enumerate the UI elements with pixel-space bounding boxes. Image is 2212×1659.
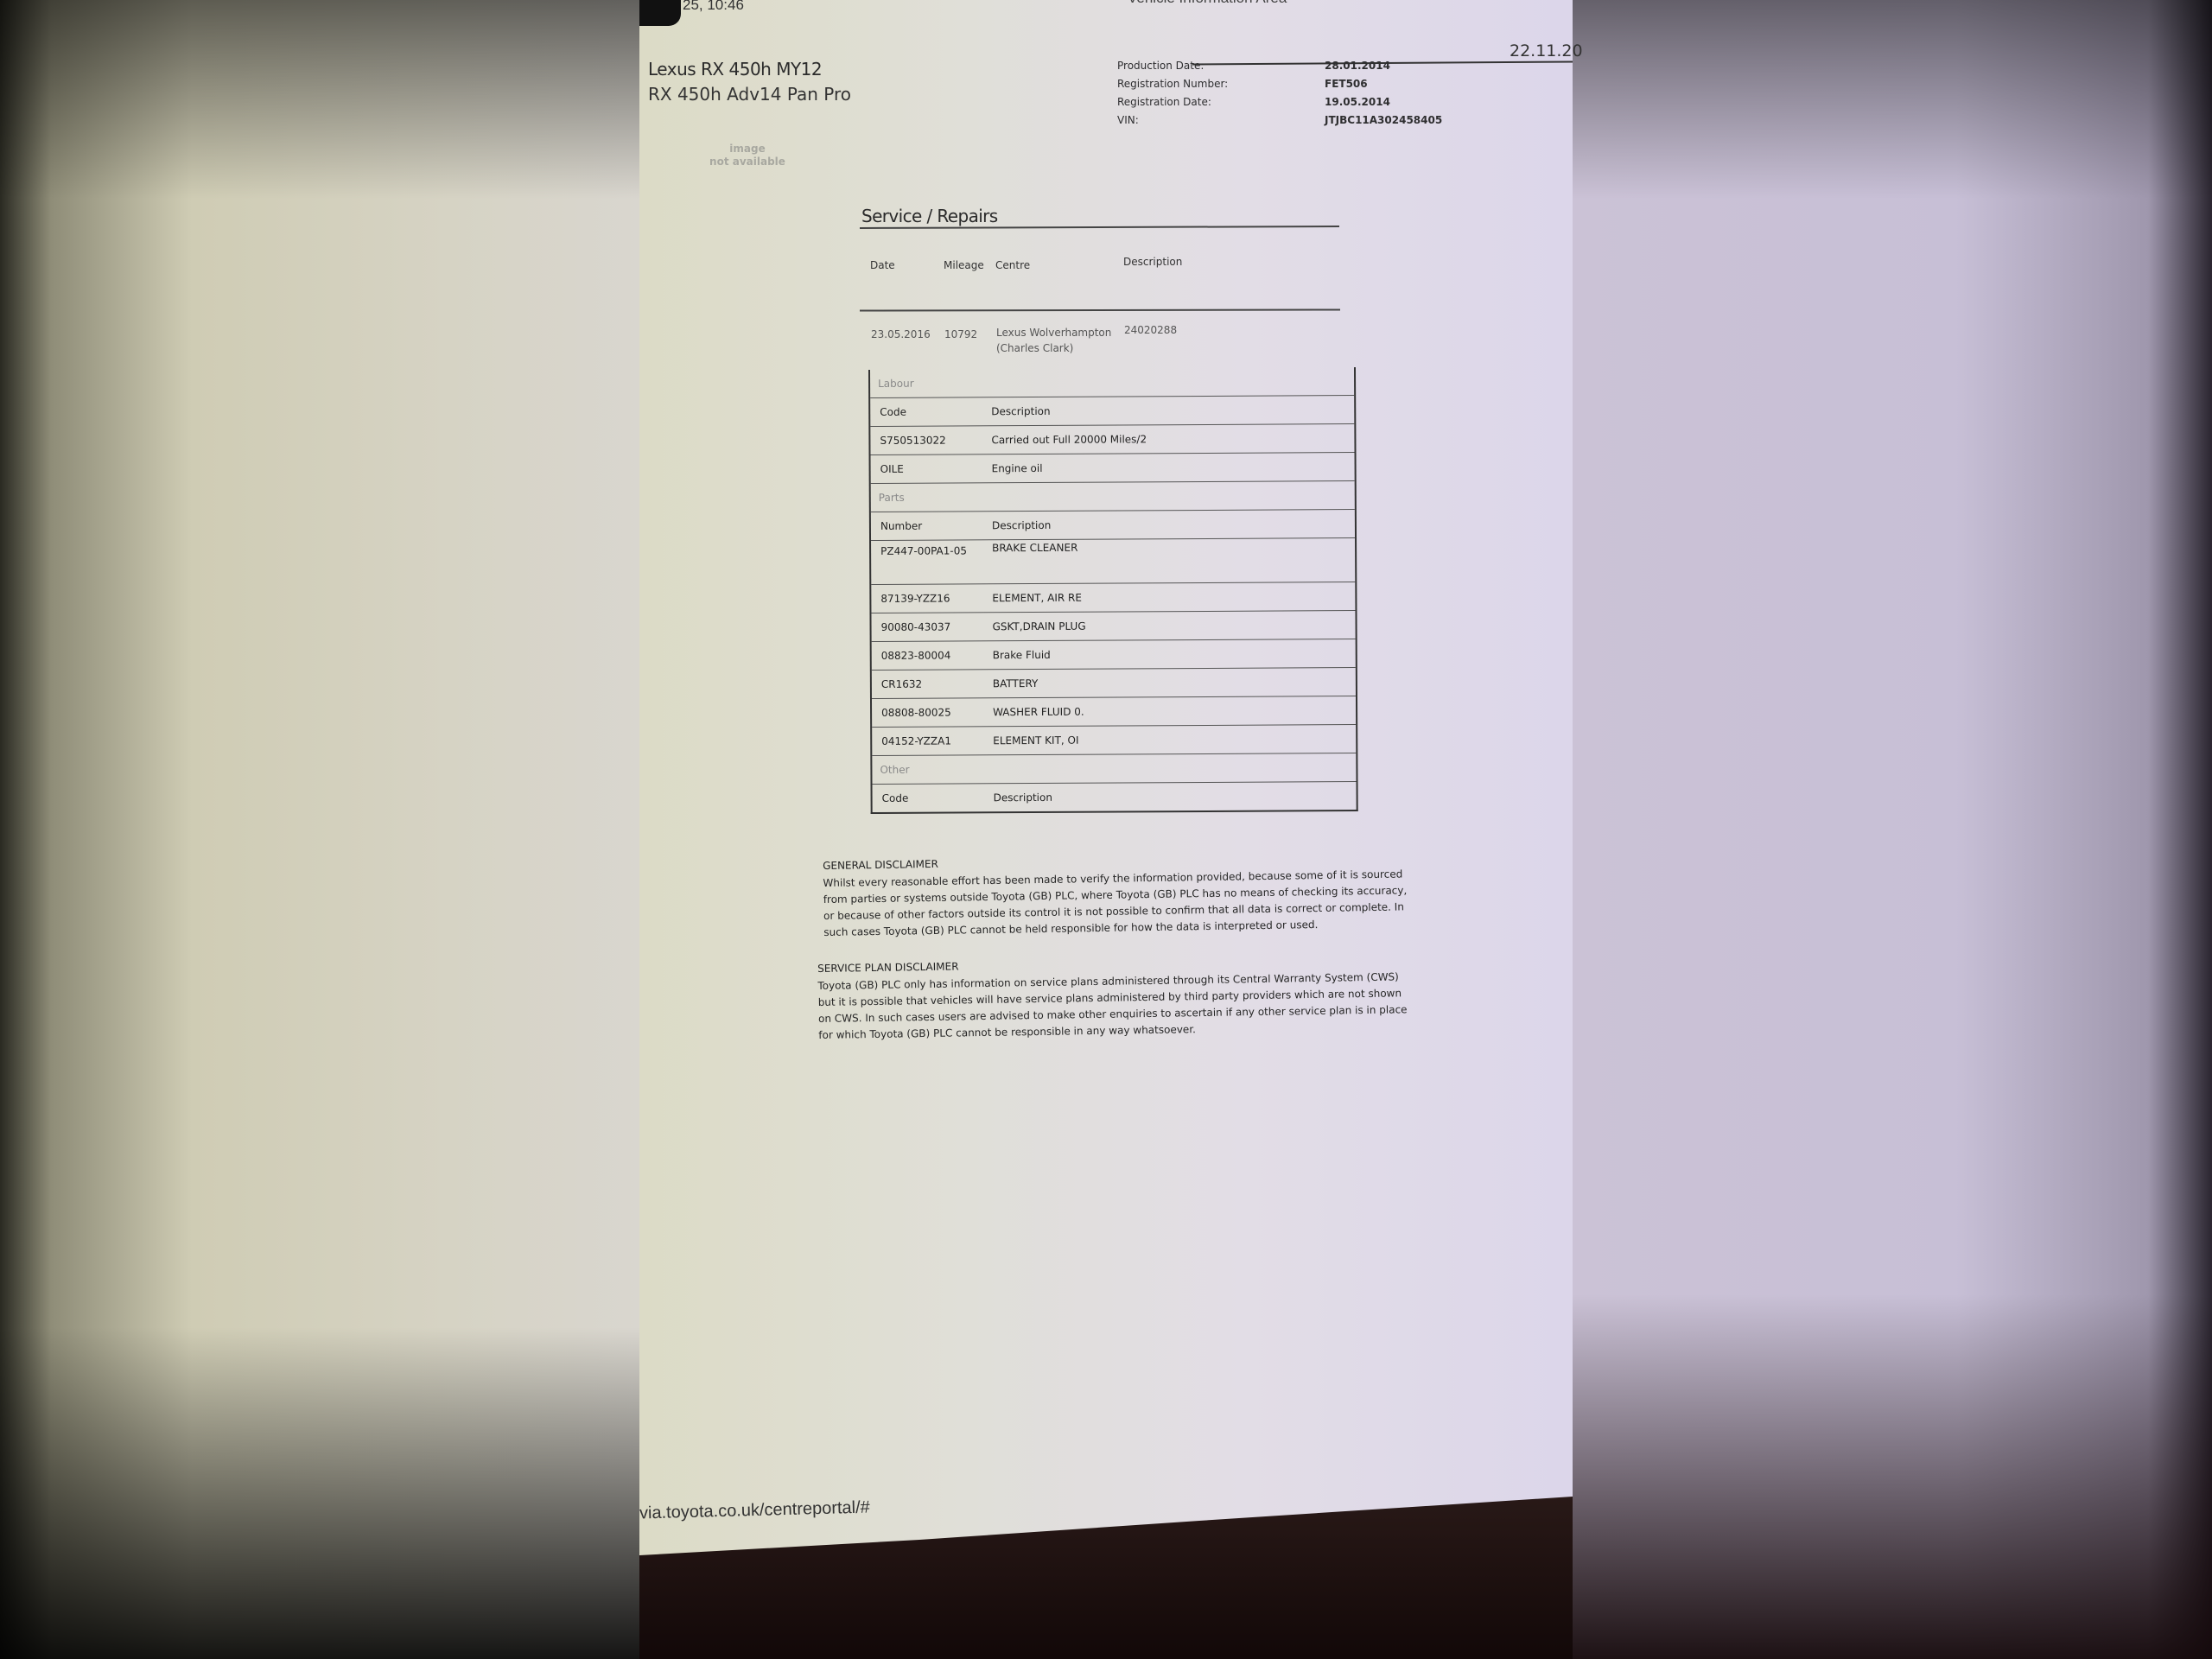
print-date: 22.11.20 (1510, 41, 1583, 60)
cell-code: OILE (871, 460, 992, 478)
info-value: JTJBC11A302458405 (1325, 114, 1442, 126)
cell-code: CR1632 (872, 675, 993, 693)
header-code: Code (870, 403, 991, 421)
header-description: Description (992, 518, 1355, 531)
column-header-mileage: Mileage (944, 259, 984, 271)
section-label: Parts (871, 492, 905, 504)
cell-description: ELEMENT KIT, OI (993, 733, 1356, 747)
background-right (1573, 0, 2212, 1659)
background-left (0, 0, 639, 1659)
column-header-centre: Centre (995, 259, 1030, 271)
other-section-row: Other (872, 753, 1356, 784)
section-title: Service / Repairs (861, 206, 998, 226)
info-label: VIN: (1117, 114, 1325, 126)
table-row: 08808-80025 WASHER FLUID 0. (872, 696, 1356, 727)
entry-description: 24020288 (1124, 324, 1177, 336)
vehicle-variant: RX 450h Adv14 Pan Pro (648, 84, 851, 105)
info-value: 28.01.2014 (1325, 60, 1390, 72)
image-placeholder-line1: image (691, 143, 804, 156)
other-header-row: Code Description (873, 781, 1357, 812)
general-disclaimer: GENERAL DISCLAIMER Whilst every reasonab… (823, 849, 1420, 941)
cell-description: Brake Fluid (993, 647, 1356, 661)
column-header-description: Description (1123, 256, 1182, 268)
cell-description: ELEMENT, AIR RE (992, 590, 1355, 604)
disclaimer-text: Toyota (GB) PLC only has information on … (817, 969, 1414, 1044)
table-row: CR1632 BATTERY (872, 667, 1356, 698)
vehicle-model: Lexus RX 450h MY12 (648, 59, 822, 79)
disclaimer-text: Whilst every reasonable effort has been … (823, 866, 1420, 941)
image-placeholder-line2: not available (691, 156, 804, 168)
entry-centre-contact: (Charles Clark) (996, 342, 1073, 354)
labour-section-row: Labour (870, 367, 1354, 397)
info-value: FET506 (1325, 78, 1368, 90)
table-row: OILE Engine oil (871, 452, 1355, 483)
info-label: Registration Date: (1117, 96, 1325, 108)
info-row-production-date: Production Date: 28.01.2014 (1117, 56, 1442, 74)
cell-description: Engine oil (992, 461, 1355, 474)
info-label: Registration Number: (1117, 78, 1325, 90)
cell-code: 04152-YZZA1 (872, 732, 993, 750)
print-timestamp: 25, 10:46 (683, 0, 744, 14)
info-row-registration-number: Registration Number: FET506 (1117, 74, 1442, 92)
cell-code: 90080-43037 (872, 618, 993, 636)
info-row-registration-date: Registration Date: 19.05.2014 (1117, 92, 1442, 111)
cell-code: 08823-80004 (872, 646, 993, 664)
header-code: Code (873, 789, 994, 807)
section-label: Other (872, 764, 909, 776)
table-row: 90080-43037 GSKT,DRAIN PLUG (871, 610, 1355, 641)
phone-corner (639, 0, 681, 26)
info-label: Production Date: (1117, 60, 1325, 72)
table-row: 04152-YZZA1 ELEMENT KIT, OI (872, 724, 1356, 755)
info-row-vin: VIN: JTJBC11A302458405 (1117, 111, 1442, 129)
cell-code: 87139-YZZ16 (871, 589, 992, 607)
table-row: PZ447-00PA1-05 BRAKE CLEANER (871, 537, 1355, 584)
column-header-date: Date (870, 259, 895, 271)
entry-mileage: 10792 (944, 328, 977, 340)
vehicle-info-grid: Production Date: 28.01.2014 Registration… (1117, 56, 1442, 129)
cell-description: BATTERY (993, 676, 1356, 690)
cell-description: Carried out Full 20000 Miles/2 (991, 432, 1354, 446)
labour-header-row: Code Description (870, 395, 1354, 426)
entry-date: 23.05.2016 (871, 328, 931, 340)
parts-section-row: Parts (871, 480, 1355, 512)
section-label: Labour (870, 378, 914, 390)
header-description: Description (991, 404, 1354, 417)
cell-code: 08808-80025 (872, 703, 993, 721)
image-placeholder: image not available (691, 143, 804, 168)
table-row: 87139-YZZ16 ELEMENT, AIR RE (871, 582, 1355, 613)
cell-code: PZ447-00PA1-05 (871, 542, 992, 560)
table-row: 08823-80004 Brake Fluid (872, 639, 1356, 670)
header-number: Number (871, 517, 992, 535)
cell-description: GSKT,DRAIN PLUG (993, 619, 1356, 632)
entry-centre: Lexus Wolverhampton (996, 327, 1111, 339)
service-plan-disclaimer: SERVICE PLAN DISCLAIMER Toyota (GB) PLC … (817, 951, 1414, 1044)
table-row: S750513022 Carried out Full 20000 Miles/… (870, 423, 1354, 454)
cell-code: S750513022 (870, 431, 991, 449)
parts-header-row: Number Description (871, 509, 1355, 540)
cell-description: BRAKE CLEANER (992, 540, 1355, 554)
service-detail-table: Labour Code Description S750513022 Carri… (868, 367, 1358, 814)
header-description: Description (994, 790, 1357, 804)
info-value: 19.05.2014 (1325, 96, 1390, 108)
cell-description: WASHER FLUID 0. (993, 704, 1356, 718)
page-heading: Vehicle Information Area (1128, 0, 1287, 7)
